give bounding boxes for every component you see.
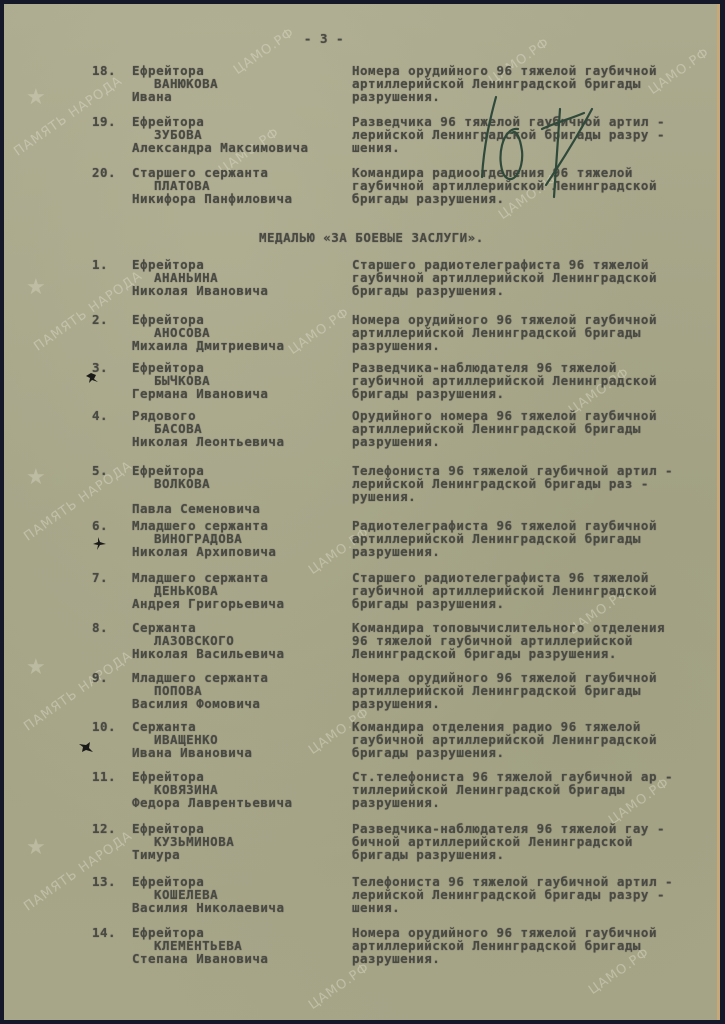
star-icon: ★ [26,654,46,680]
entry-given-name: Василия Николаевича [132,901,342,914]
entry-description: Разведчика-наблюдателя 96 тяжелой гаубич… [352,361,697,400]
entry-description: Командира топовычислительного отделения … [352,621,697,660]
entry-number: 1. [92,258,122,271]
entry-number: 18. [92,64,122,77]
entry-description: Орудийного номера 96 тяжелой гаубичной а… [352,409,697,448]
entry-number: 12. [92,822,122,835]
star-icon: ★ [26,834,46,860]
scan-frame: ЦАМО.РФ ЦАМО.РФ ЦАМО.РФ ПАМЯТЬ НАРОДА ЦА… [0,0,725,1024]
entry-surname: ВАНЮКОВА [154,77,344,90]
watermark-text: ЦАМО.РФ [306,960,372,1013]
star-icon: ★ [26,84,46,110]
entry-number: 9. [92,671,122,684]
entry-given-name: Германа Ивановича [132,387,342,400]
star-icon: ★ [26,464,46,490]
entry-description: Телефониста 96 тяжелой гаубичной артил -… [352,875,697,914]
entry-number: 2. [92,313,122,326]
entry-given-name: Николая Архиповича [132,545,342,558]
entry-given-name: Тимура [132,848,342,861]
handwritten-annotation: 107 [472,89,612,199]
document-page: ЦАМО.РФ ЦАМО.РФ ЦАМО.РФ ПАМЯТЬ НАРОДА ЦА… [4,4,720,1020]
entry-number: 20. [92,166,122,179]
entry-description: Номера орудийного 96 тяжелой гаубичной а… [352,671,697,710]
entry-number: 11. [92,770,122,783]
entry-description: Телефониста 96 тяжелой гаубичной артил -… [352,464,697,503]
entry-given-name: Федора Лаврентьевича [132,796,342,809]
entry-given-name: Никифора Панфиловича [132,192,342,205]
entry-given-name: Александра Максимовича [132,141,342,154]
entry-surname: ВОЛКОВА [154,477,344,490]
watermark-text: ПАМЯТЬ НАРОДА [21,828,135,914]
entry-given-name: Василия Фомовича [132,697,342,710]
star-icon: ★ [26,274,46,300]
entry-number: 19. [92,115,122,128]
entry-description: Радиотелеграфиста 96 тяжелой гаубичной а… [352,519,697,558]
entry-description: Номера орудийного 96 тяжелой гаубичной а… [352,313,697,352]
ink-blot [78,740,94,754]
entry-number: 13. [92,875,122,888]
entry-number: 14. [92,926,122,939]
entry-number: 5. [92,464,122,477]
entry-description: Старшего радиотелеграфиста 96 тяжелой га… [352,258,697,297]
entry-given-name: Андрея Григорьевича [132,597,342,610]
entry-surname: КУЗЬМИНОВА [154,835,344,848]
ink-blot [84,370,100,384]
entry-given-name: Ивана [132,90,342,103]
entry-description: Ст.телефониста 96 тяжелой гаубичной ар -… [352,770,697,809]
section-heading: МЕДАЛЬЮ «ЗА БОЕВЫЕ ЗАСЛУГИ». [259,231,559,244]
entry-given-name: Ивана Ивановича [132,746,342,759]
entry-given-name: Николая Леонтьевича [132,435,342,448]
entry-number: 10. [92,720,122,733]
entry-given-name: Степана Ивановича [132,952,342,965]
entry-description: Разведчика-наблюдателя 96 тяжелой гау - … [352,822,697,861]
entry-given-name: Павла Семеновича [132,502,342,515]
entry-description: Старшего радиотелеграфиста 96 тяжелой га… [352,571,697,610]
entry-given-name: Михаила Дмитриевича [132,339,342,352]
page-number: - 3 - [289,32,359,45]
watermark-text: ПАМЯТЬ НАРОДА [31,268,145,354]
entry-given-name: Николая Васильевича [132,647,342,660]
entry-number: 7. [92,571,122,584]
entry-number: 4. [92,409,122,422]
entry-number: 8. [92,621,122,634]
entry-number: 6. [92,519,122,532]
entry-description: Командира отделения радио 96 тяжелой гау… [352,720,697,759]
entry-description: Номера орудийного 96 тяжелой гаубичной а… [352,926,697,965]
entry-given-name: Николая Ивановича [132,284,342,297]
ink-blot [92,536,108,550]
